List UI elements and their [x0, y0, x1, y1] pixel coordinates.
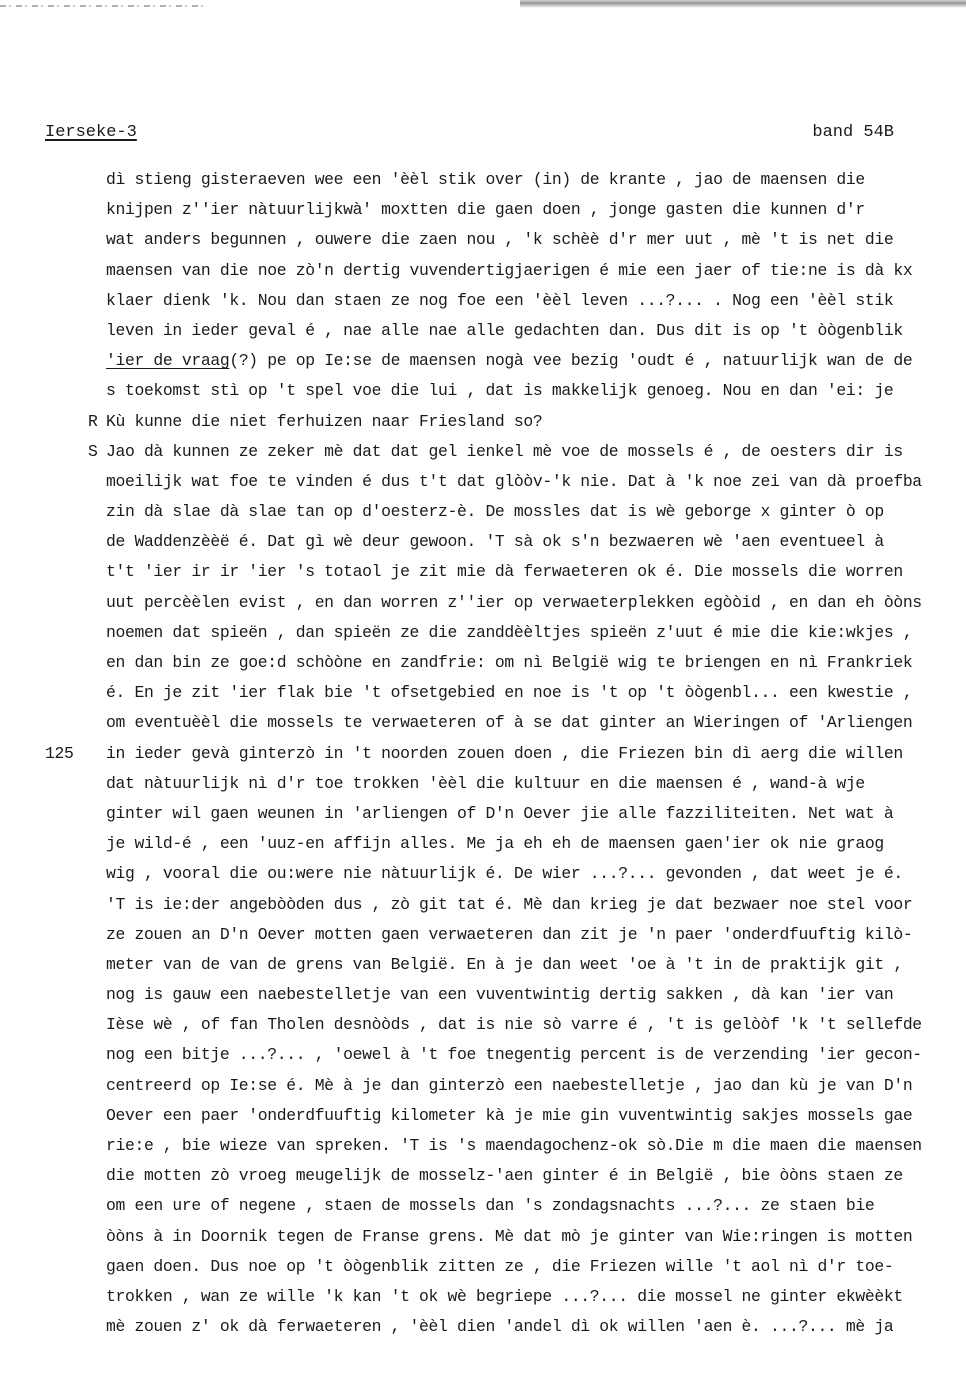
transcript-line: en dan bin ze goe:d schòòne en zandfrie:…: [0, 648, 966, 678]
document-id: Ierseke-3: [45, 123, 137, 147]
line-text: Kù kunne die niet ferhuizen naar Friesla…: [106, 407, 542, 437]
transcript-line: moeilijk wat foe te vinden é dus t't dat…: [0, 467, 966, 497]
transcript-line: zin dà slae dà slae tan op d'oesterz-è. …: [0, 497, 966, 527]
line-text: die motten zò vroeg meugelijk de mosselz…: [106, 1161, 903, 1191]
transcript-line: om een ure of negene , staen de mossels …: [0, 1191, 966, 1221]
tape-band-label: band 54B: [812, 123, 894, 147]
page-header: Ierseke-3 band 54B: [45, 123, 894, 147]
transcript-line: 125in ieder gevà ginterzò in 't noorden …: [0, 739, 966, 769]
line-text: dat nàtuurlijk nì d'r toe trokken 'èèl d…: [106, 769, 865, 799]
transcript-line: je wild-é , een 'uuz-en affijn alles. Me…: [0, 829, 966, 859]
line-text: òòns à in Doornik tegen de Franse grens.…: [106, 1222, 912, 1252]
line-text: trokken , wan ze wille 'k kan 't ok wè b…: [106, 1282, 903, 1312]
transcript-line: gaen doen. Dus noe op 't òògenblik zitte…: [0, 1252, 966, 1282]
transcript-line: rie:e , bie wieze van spreken. 'T is 's …: [0, 1131, 966, 1161]
underlined-phrase: 'ier de vraag: [106, 351, 229, 370]
transcript-line: 'T is ie:der angebòòden dus , zò git tat…: [0, 890, 966, 920]
line-text: moeilijk wat foe te vinden é dus t't dat…: [106, 467, 922, 497]
transcript-line: SJao dà kunnen ze zeker mè dat dat gel i…: [0, 437, 966, 467]
transcript-line: meter van de van de grens van België. En…: [0, 950, 966, 980]
line-text: de Waddenzèèë é. Dat gì wè deur gewoon. …: [106, 527, 884, 557]
line-text: wig , vooral die ou:were nie nàtuurlijk …: [106, 859, 903, 889]
speaker-marker: S: [88, 437, 102, 467]
transcript-line: nog is gauw een naebestelletje van een v…: [0, 980, 966, 1010]
transcript-line: mè zouen z' ok dà ferwaeteren , 'èèl die…: [0, 1312, 966, 1342]
line-text: uut percèèlen evist , en dan worren z''i…: [106, 588, 922, 618]
line-text: 'ier de vraag(?) pe op Ie:se de maensen …: [106, 346, 912, 376]
line-text: Oever een paer 'onderdfuuftig kilometer …: [106, 1101, 912, 1131]
transcript-line: RKù kunne die niet ferhuizen naar Friesl…: [0, 407, 966, 437]
line-text: om eventuèèl die mossels te verwaeteren …: [106, 708, 912, 738]
line-text: meter van de van de grens van België. En…: [106, 950, 903, 980]
transcript-line: klaer dienk 'k. Nou dan staen ze nog foe…: [0, 286, 966, 316]
line-text: s toekomst stì op 't spel voe die lui , …: [106, 376, 893, 406]
transcript-line: nog een bitje ...?... , 'oewel à 't foe …: [0, 1040, 966, 1070]
line-text: leven in ieder geval é , nae alle nae al…: [106, 316, 903, 346]
line-text: nog een bitje ...?... , 'oewel à 't foe …: [106, 1040, 922, 1070]
transcript-line: trokken , wan ze wille 'k kan 't ok wè b…: [0, 1282, 966, 1312]
line-text: je wild-é , een 'uuz-en affijn alles. Me…: [106, 829, 884, 859]
line-text: en dan bin ze goe:d schòòne en zandfrie:…: [106, 648, 912, 678]
transcript-line: Oever een paer 'onderdfuuftig kilometer …: [0, 1101, 966, 1131]
scan-artifact-edge: [520, 0, 966, 8]
line-text: in ieder gevà ginterzò in 't noorden zou…: [106, 739, 903, 769]
line-text: Ièse wè , of fan Tholen desnòòds , dat i…: [106, 1010, 922, 1040]
transcript-line: 'ier de vraag(?) pe op Ie:se de maensen …: [0, 346, 966, 376]
transcript-line: ze zouen an D'n Oever motten gaen verwae…: [0, 920, 966, 950]
scan-artifact-left: [0, 5, 205, 7]
transcript-line: Ièse wè , of fan Tholen desnòòds , dat i…: [0, 1010, 966, 1040]
speaker-marker: R: [88, 407, 102, 437]
transcript-line: leven in ieder geval é , nae alle nae al…: [0, 316, 966, 346]
line-text: mè zouen z' ok dà ferwaeteren , 'èèl die…: [106, 1312, 893, 1342]
line-text: ze zouen an D'n Oever motten gaen verwae…: [106, 920, 912, 950]
transcript-line: dì stieng gisteraeven wee een 'èèl stik …: [0, 165, 966, 195]
transcript-line: wig , vooral die ou:were nie nàtuurlijk …: [0, 859, 966, 889]
transcript-line: uut percèèlen evist , en dan worren z''i…: [0, 588, 966, 618]
line-text: knijpen z''ier nàtuurlijkwà' moxtten die…: [106, 195, 865, 225]
transcript-body: dì stieng gisteraeven wee een 'èèl stik …: [0, 165, 966, 1342]
line-text: gaen doen. Dus noe op 't òògenblik zitte…: [106, 1252, 893, 1282]
line-text: wat anders begunnen , ouwere die zaen no…: [106, 225, 893, 255]
transcript-line: òòns à in Doornik tegen de Franse grens.…: [0, 1222, 966, 1252]
line-text: maensen van die noe zò'n dertig vuvender…: [106, 256, 912, 286]
transcript-line: centreerd op Ie:se é. Mè à je dan ginter…: [0, 1071, 966, 1101]
line-text: Jao dà kunnen ze zeker mè dat dat gel ie…: [106, 437, 903, 467]
line-text: é. En je zit 'ier flak bie 't ofsetgebie…: [106, 678, 912, 708]
transcript-line: maensen van die noe zò'n dertig vuvender…: [0, 256, 966, 286]
transcript-line: t't 'ier ir ir 'ier 's totaol je zit mie…: [0, 557, 966, 587]
line-number: 125: [45, 739, 73, 769]
transcript-line: om eventuèèl die mossels te verwaeteren …: [0, 708, 966, 738]
line-text: t't 'ier ir ir 'ier 's totaol je zit mie…: [106, 557, 903, 587]
line-text: dì stieng gisteraeven wee een 'èèl stik …: [106, 165, 865, 195]
line-text: ginter wil gaen weunen in 'arliengen of …: [106, 799, 893, 829]
line-text: rie:e , bie wieze van spreken. 'T is 's …: [106, 1131, 922, 1161]
line-text: centreerd op Ie:se é. Mè à je dan ginter…: [106, 1071, 912, 1101]
transcript-line: s toekomst stì op 't spel voe die lui , …: [0, 376, 966, 406]
transcript-line: dat nàtuurlijk nì d'r toe trokken 'èèl d…: [0, 769, 966, 799]
transcript-line: noemen dat spieën , dan spieën ze die za…: [0, 618, 966, 648]
line-text: noemen dat spieën , dan spieën ze die za…: [106, 618, 912, 648]
transcript-line: knijpen z''ier nàtuurlijkwà' moxtten die…: [0, 195, 966, 225]
transcript-line: wat anders begunnen , ouwere die zaen no…: [0, 225, 966, 255]
transcript-line: de Waddenzèèë é. Dat gì wè deur gewoon. …: [0, 527, 966, 557]
line-text: klaer dienk 'k. Nou dan staen ze nog foe…: [106, 286, 893, 316]
line-text: om een ure of negene , staen de mossels …: [106, 1191, 874, 1221]
transcript-line: é. En je zit 'ier flak bie 't ofsetgebie…: [0, 678, 966, 708]
line-text: nog is gauw een naebestelletje van een v…: [106, 980, 893, 1010]
line-text: zin dà slae dà slae tan op d'oesterz-è. …: [106, 497, 884, 527]
line-text: 'T is ie:der angebòòden dus , zò git tat…: [106, 890, 912, 920]
transcript-line: die motten zò vroeg meugelijk de mosselz…: [0, 1161, 966, 1191]
transcript-line: ginter wil gaen weunen in 'arliengen of …: [0, 799, 966, 829]
